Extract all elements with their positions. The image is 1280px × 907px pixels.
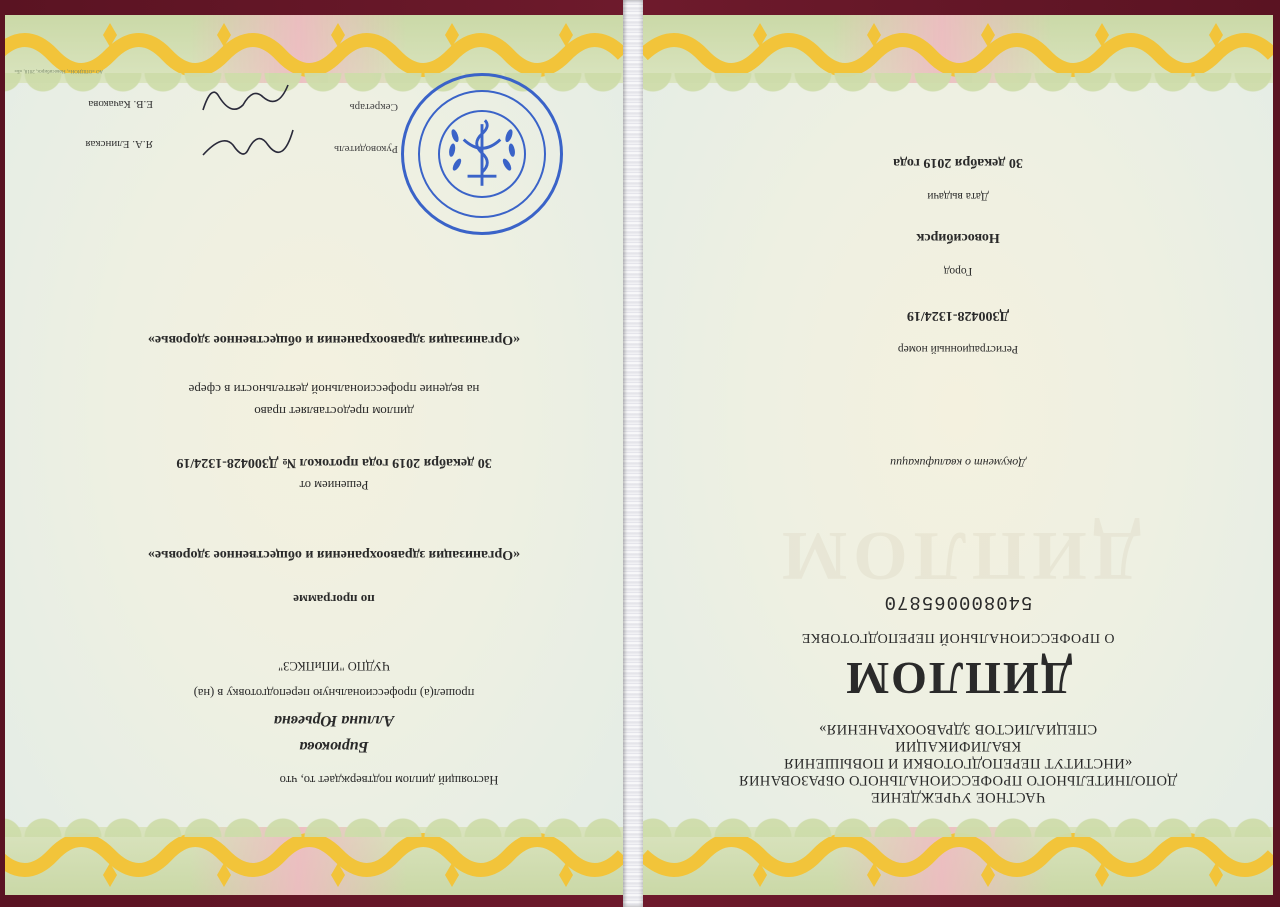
guilloche-border-top	[643, 827, 1273, 895]
binding-spine	[623, 0, 643, 907]
holder-given-names: Аллина Юрьевна	[5, 711, 623, 729]
diploma-spread: ЧАСТНОЕ УЧРЕЖДЕНИЕ ДОПОЛНИТЕЛЬНОГО ПРОФЕ…	[0, 0, 1280, 907]
city-value: Новосибирск	[643, 229, 1273, 245]
official-stamp	[401, 73, 563, 235]
wave-ornament-icon	[643, 827, 1273, 895]
institution-short: ЧУДПО "ИПиПКСЗ"	[5, 658, 623, 673]
grants-line-1: диплом предоставляет право	[5, 403, 623, 419]
wave-ornament-icon	[5, 827, 623, 895]
grants-line-2: на ведение профессиональной деятельности…	[5, 381, 623, 397]
decision-label: Решением от	[5, 477, 623, 492]
org-line: СПЕЦИАЛИСТОВ ЗДРАВООХРАНЕНИЯ»	[643, 720, 1273, 737]
org-line: КВАЛИФИКАЦИИ	[643, 737, 1273, 754]
organization-name: ЧАСТНОЕ УЧРЕЖДЕНИЕ ДОПОЛНИТЕЛЬНОГО ПРОФЕ…	[643, 720, 1273, 805]
registration-number: Д300428-1324/19	[643, 307, 1273, 323]
serial-number: 540800065870	[643, 591, 1273, 613]
guilloche-border-bottom	[643, 15, 1273, 83]
issue-date: 30 декабря 2019 года	[643, 154, 1273, 170]
content-page: Настоящий диплом подтверждает то, что Би…	[5, 15, 623, 895]
decision-text: 30 декабря 2019 года протокол № Д300428-…	[5, 454, 623, 470]
title-page: ЧАСТНОЕ УЧРЕЖДЕНИЕ ДОПОЛНИТЕЛЬНОГО ПРОФЕ…	[643, 15, 1273, 895]
caduceus-bowl-icon	[404, 76, 560, 232]
org-line: «ИНСТИТУТ ПЕРЕПОДГОТОВКИ И ПОВЫШЕНИЯ	[643, 754, 1273, 771]
signatory-role-secretary: Секретарь	[350, 101, 398, 113]
field-name: «Организация здравоохранения и обществен…	[5, 331, 623, 347]
holder-surname: Бирюкова	[5, 737, 623, 755]
signatory-role-head: Руководитель	[334, 143, 398, 155]
issue-date-label: Дата выдачи	[643, 190, 1273, 202]
guilloche-border-top	[5, 827, 623, 895]
document-type: Документ о квалификации	[643, 455, 1273, 470]
printer-note: АО «ОПЦИОН», Новосибирск, 2018, «Б»	[14, 68, 103, 73]
signature-secretary	[193, 65, 303, 125]
org-line: ЧАСТНОЕ УЧРЕЖДЕНИЕ	[643, 788, 1273, 805]
program-label: по программе	[5, 591, 623, 607]
passed-text: прошел(а) профессиональную переподготовк…	[5, 685, 623, 700]
diploma-subtitle: О ПРОФЕССИОНАЛЬНОЙ ПЕРЕПОДГОТОВКЕ	[643, 629, 1273, 645]
diploma-title: ДИПЛОМ	[643, 652, 1273, 705]
diploma-watermark: ДИПЛОМ	[643, 515, 1273, 595]
program-name: «Организация здравоохранения и обществен…	[5, 546, 623, 562]
org-line: ДОПОЛНИТЕЛЬНОГО ПРОФЕССИОНАЛЬНОГО ОБРАЗО…	[643, 771, 1273, 788]
signatory-name-head: Я.А. Елинская	[85, 138, 153, 150]
registration-label: Регистрационный номер	[643, 343, 1273, 355]
city-label: Город	[643, 265, 1273, 277]
signatory-name-secretary: Е.В. Качакова	[88, 98, 153, 110]
intro-text: Настоящий диплом подтверждает то, что	[5, 772, 623, 787]
